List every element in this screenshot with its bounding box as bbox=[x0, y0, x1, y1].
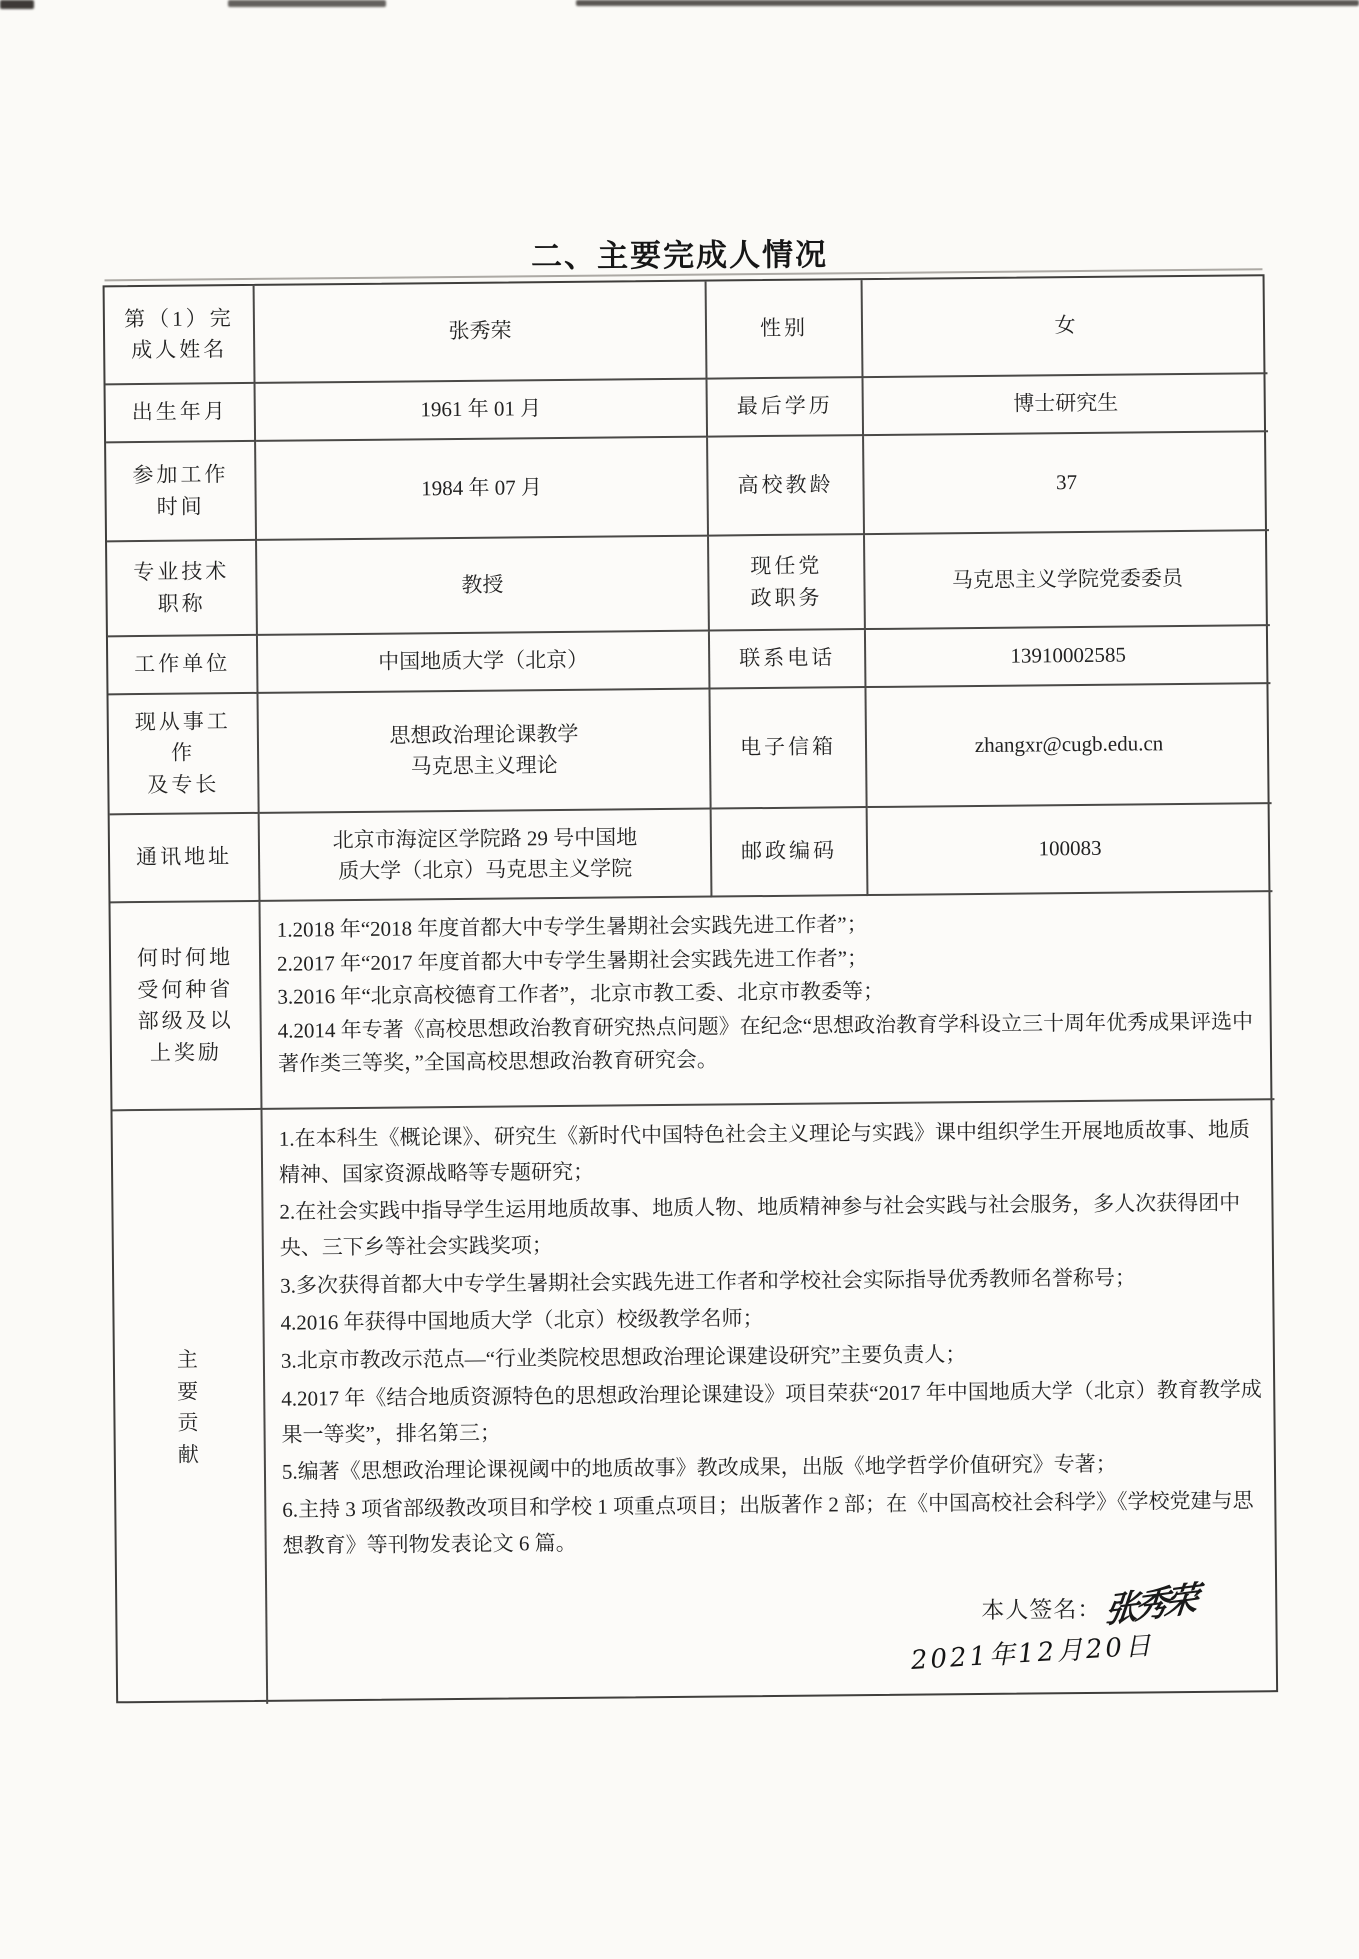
signature-line: 本人签名： 张秀荣 bbox=[981, 1572, 1196, 1629]
field-address-value: 北京市海淀区学院路 29 号中国地 质大学（北京）马克思主义学院 bbox=[260, 810, 713, 902]
field-postcode-label: 邮政编码 bbox=[712, 808, 869, 897]
scan-artifact-left bbox=[0, 0, 34, 9]
field-teaching-years-label: 高校教龄 bbox=[708, 436, 865, 536]
page-title: 二、主要完成人情况 bbox=[0, 226, 1359, 279]
field-education-value: 博士研究生 bbox=[863, 374, 1268, 436]
field-completer-name-value: 张秀荣 bbox=[255, 282, 708, 384]
contributions-label: 主 要 贡 献 bbox=[113, 1110, 269, 1705]
completer-info-table: 第（1）完 成人姓名 张秀荣 性别 女 出生年月 1961 年 01 月 最后学… bbox=[103, 274, 1279, 1703]
contribution-item: 6.主持 3 项省部级教改项目和学校 1 项重点项目；出版著作 2 部；在《中国… bbox=[282, 1483, 1265, 1564]
form-table-wrapper: 第（1）完 成人姓名 张秀荣 性别 女 出生年月 1961 年 01 月 最后学… bbox=[103, 274, 1279, 1703]
field-work-start-label: 参加工作 时间 bbox=[106, 442, 257, 542]
field-birth-value: 1961 年 01 月 bbox=[256, 380, 709, 442]
scan-artifact-right bbox=[576, 0, 1359, 6]
award-item: 4.2014 年专著《高校思想政治教育研究热点问题》在纪念“思想政治教育学科设立… bbox=[278, 1005, 1261, 1082]
field-employer-label: 工作单位 bbox=[108, 636, 259, 695]
field-teaching-years-value: 37 bbox=[864, 432, 1269, 535]
field-birth-label: 出生年月 bbox=[106, 384, 257, 443]
field-employer-value: 中国地质大学（北京） bbox=[258, 632, 711, 694]
awards-content: 1.2018 年“2018 年度首都大中专学生暑期社会实践先进工作者”； 2.2… bbox=[260, 892, 1274, 1110]
field-tech-title-value: 教授 bbox=[257, 537, 710, 636]
awards-label: 何时何地 受何种省 部级及以 上奖励 bbox=[111, 902, 263, 1111]
field-tech-title-label: 专业技术 职称 bbox=[107, 541, 258, 637]
field-address-label: 通讯地址 bbox=[110, 814, 261, 903]
field-work-start-value: 1984 年 07 月 bbox=[256, 438, 709, 541]
field-completer-name-label: 第（1）完 成人姓名 bbox=[105, 286, 256, 385]
signature-date-handwriting: 2021年12月20日 bbox=[909, 1625, 1154, 1682]
field-phone-value: 13910002585 bbox=[866, 626, 1271, 688]
field-phone-label: 联系电话 bbox=[710, 630, 867, 689]
contribution-item: 4.2017 年《结合地质资源特色的思想政治理论课建设》项目荣获“2017 年中… bbox=[281, 1372, 1264, 1453]
contributions-content: 1.在本科生《概论课》、研究生《新时代中国特色社会主义理论与实践》课中组织学生开… bbox=[262, 1100, 1280, 1704]
field-party-post-label: 现任党 政职务 bbox=[709, 535, 866, 631]
field-postcode-value: 100083 bbox=[868, 804, 1273, 896]
contribution-item: 2.在社会实践中指导学生运用地质故事、地质人物、地质精神参与社会实践与社会服务，… bbox=[279, 1186, 1262, 1267]
field-email-value: zhangxr@cugb.edu.cn bbox=[866, 684, 1271, 808]
field-gender-label: 性别 bbox=[707, 280, 864, 379]
field-party-post-value: 马克思主义学院党委委员 bbox=[865, 531, 1270, 630]
field-email-label: 电子信箱 bbox=[710, 688, 867, 809]
contribution-item: 1.在本科生《概论课》、研究生《新时代中国特色社会主义理论与实践》课中组织学生开… bbox=[279, 1112, 1262, 1193]
scanned-form-page: { "document": { "title": "二、主要完成人情况", "f… bbox=[0, 0, 1359, 1959]
scan-artifact-middle bbox=[228, 0, 386, 7]
field-current-work-label: 现从事工 作 及专长 bbox=[109, 694, 260, 815]
field-gender-value: 女 bbox=[863, 276, 1268, 378]
signature-label: 本人签名： bbox=[981, 1591, 1101, 1629]
field-current-work-value: 思想政治理论课教学 马克思主义理论 bbox=[259, 690, 712, 814]
field-education-label: 最后学历 bbox=[708, 378, 865, 437]
